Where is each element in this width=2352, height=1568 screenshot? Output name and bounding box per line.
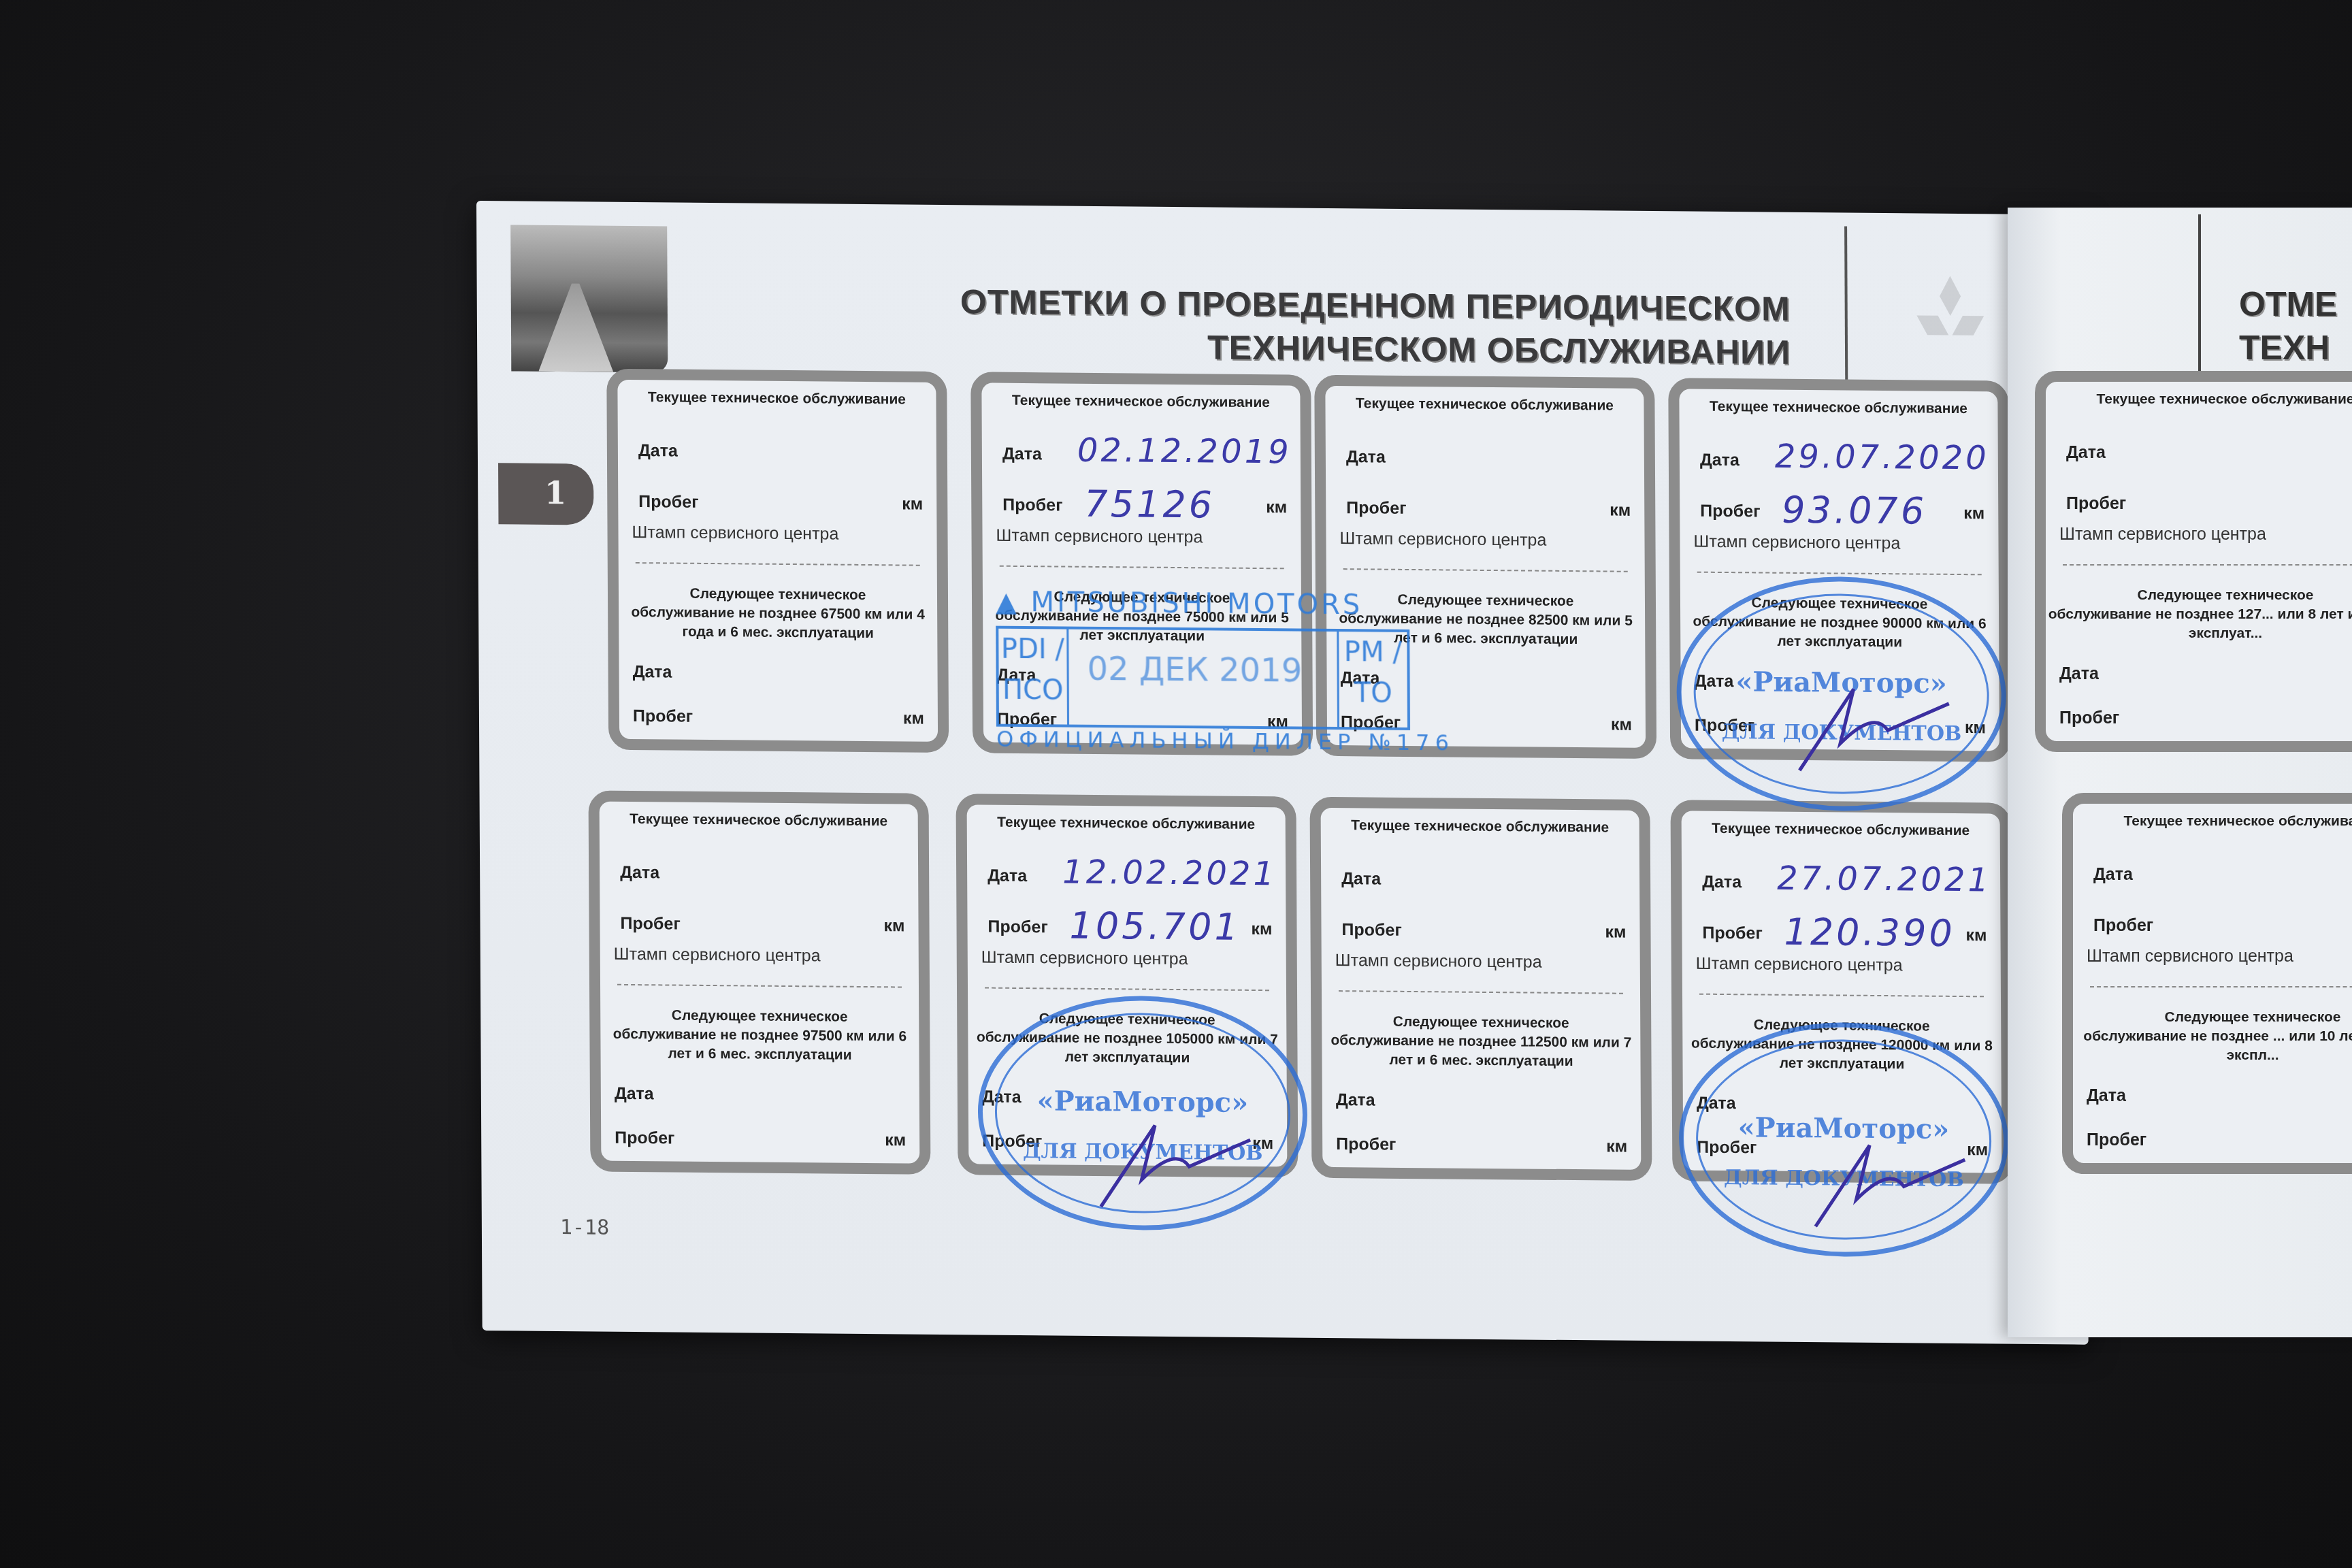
current-service-heading: Текущее техническое обслуживание — [2073, 812, 2352, 831]
mileage-label: Пробег — [1346, 498, 1406, 519]
km-unit: км — [1963, 504, 1984, 523]
mileage-label: Пробег — [1002, 495, 1062, 516]
next-service-limit: обслуживание не позднее 97500 км или 6 л… — [600, 1025, 919, 1066]
date-label: Дата — [638, 441, 678, 461]
stamp-line — [1699, 994, 1984, 998]
date-label: Дата — [1346, 447, 1386, 468]
km-unit: км — [1605, 922, 1626, 942]
date-label: Дата — [2066, 443, 2106, 463]
handwritten-mileage: 120.390 — [1784, 911, 1955, 955]
next-service-text: Следующее техническоеобслуживание не поз… — [600, 1006, 919, 1066]
service-stamp-label: Штамп сервисного центра — [2059, 525, 2266, 544]
next-service-heading: Следующее техническое — [2073, 1008, 2352, 1027]
dealer-stamp: ▲ MITSUBISHI MOTORSPDI / ПСО02 ДЕК 2019P… — [996, 587, 1362, 621]
next-service-limit: обслуживание не позднее 67500 км или 4 г… — [619, 603, 937, 644]
km-unit: км — [1611, 715, 1632, 735]
stamp-date: 02 ДЕК 2019 — [1087, 650, 1302, 690]
mileage-label: Пробег — [1700, 502, 1760, 522]
stamp-line — [1697, 572, 1982, 576]
highway-photo — [510, 225, 668, 372]
next-service-limit: обслуживание не позднее ... или 10 лет и… — [2073, 1027, 2352, 1065]
mileage-label: Пробег — [2066, 494, 2126, 514]
current-service-heading: Текущее техническое обслуживание — [617, 388, 936, 410]
dealer-brand: ▲ MITSUBISHI MOTORS — [996, 587, 1362, 621]
next-mileage-label: Пробег — [633, 706, 693, 727]
header-divider — [1844, 227, 1848, 383]
pdi-box: PDI / ПСО — [998, 629, 1069, 725]
next-service-text: Следующее техническоеобслуживание не поз… — [2046, 586, 2352, 643]
date-label: Дата — [1002, 444, 1042, 465]
mileage-label: Пробег — [638, 492, 698, 512]
service-record-card: Текущее техническое обслуживаниеДатаПроб… — [606, 369, 949, 753]
next-service-text: Следующее техническоеобслуживание не поз… — [1322, 1012, 1640, 1072]
header-divider — [2198, 214, 2201, 378]
signature-icon — [1792, 668, 1956, 779]
page-title: ОТМЕТКИ О ПРОВЕДЕННОМ ПЕРИОДИЧЕСКОМ ТЕХН… — [960, 280, 1791, 374]
mileage-label: Пробег — [1702, 924, 1762, 944]
handwritten-date: 29.07.2020 — [1775, 438, 1989, 478]
pm-box: PM / ТО — [1337, 632, 1407, 728]
stamp-line — [617, 984, 902, 988]
service-stamp-label: Штамп сервисного центра — [1335, 951, 1542, 973]
handwritten-mileage: 93.076 — [1782, 489, 1927, 533]
km-unit: км — [902, 494, 923, 514]
handwritten-mileage: 105.701 — [1069, 904, 1241, 949]
service-record-card: Текущее техническое обслуживаниеДатаПроб… — [589, 790, 931, 1174]
next-service-limit: обслуживание не позднее 112500 км или 7 … — [1322, 1031, 1640, 1072]
stamp-line — [1000, 566, 1284, 570]
next-service-heading: Следующее техническое — [1322, 1012, 1640, 1034]
current-service-heading: Текущее техническое обслуживание — [2046, 390, 2352, 409]
date-label: Дата — [1700, 451, 1739, 471]
stamp-line — [2063, 564, 2352, 566]
km-unit: км — [1606, 1137, 1627, 1157]
mileage-label: Пробег — [1341, 920, 1401, 941]
handwritten-date: 02.12.2019 — [1077, 431, 1292, 472]
service-stamp-label: Штамп сервисного центра — [996, 526, 1203, 548]
current-service-heading: Текущее техническое обслуживание — [1325, 394, 1644, 416]
service-stamp-label: Штамп сервисного центра — [1693, 532, 1900, 554]
date-label: Дата — [1341, 869, 1381, 889]
stamp-line — [985, 987, 1269, 992]
next-mileage-label: Пробег — [2087, 1130, 2146, 1150]
km-unit: км — [883, 916, 904, 936]
mitsubishi-logo-icon — [1906, 267, 1995, 363]
section-tab: 1 — [498, 463, 593, 525]
next-service-text: Следующее техническоеобслуживание не поз… — [2073, 1008, 2352, 1065]
signature-icon — [1808, 1124, 1972, 1235]
service-booklet-page: ОТМЕТКИ О ПРОВЕДЕННОМ ПЕРИОДИЧЕСКОМ ТЕХН… — [476, 201, 2089, 1345]
service-stamp-label: Штамп сервисного центра — [1696, 954, 1903, 976]
km-unit: км — [1965, 926, 1987, 945]
next-mileage-label: Пробег — [615, 1128, 674, 1149]
next-page-title: ОТМЕ ТЕХН — [2239, 282, 2337, 370]
signature-icon — [1094, 1105, 1258, 1215]
stamp-line — [1343, 568, 1628, 572]
next-mileage-label: Пробег — [2059, 708, 2119, 728]
stamp-line — [2090, 986, 2352, 987]
dealer-footer: ОФИЦИАЛЬНЫЙ ДИЛЕР №176 — [996, 726, 1454, 756]
current-service-heading: Текущее техническое обслуживание — [1682, 819, 2000, 840]
date-label: Дата — [620, 863, 659, 883]
service-stamp-label: Штамп сервисного центра — [614, 945, 821, 966]
next-service-heading: Следующее техническое — [619, 584, 937, 606]
current-service-heading: Текущее техническое обслуживание — [967, 813, 1286, 834]
service-record-card: Текущее техническое обслуживаниеДатаПроб… — [2062, 793, 2352, 1174]
mileage-label: Пробег — [987, 917, 1047, 938]
next-date-label: Дата — [2059, 664, 2099, 684]
next-date-label: Дата — [2087, 1086, 2126, 1106]
km-unit: км — [1251, 919, 1272, 939]
service-stamp-label: Штамп сервисного центра — [1339, 529, 1546, 551]
date-label: Дата — [1702, 872, 1742, 893]
mileage-label: Пробег — [620, 914, 680, 934]
km-unit: км — [1266, 497, 1287, 517]
service-stamp-label: Штамп сервисного центра — [632, 523, 838, 544]
mileage-label: Пробег — [2093, 916, 2153, 936]
page-number: 1-18 — [560, 1215, 609, 1240]
current-service-heading: Текущее техническое обслуживание — [1321, 816, 1639, 838]
service-stamp-label: Штамп сервисного центра — [2087, 947, 2293, 966]
service-stamp-label: Штамп сервисного центра — [981, 947, 1188, 969]
next-date-label: Дата — [615, 1084, 654, 1105]
date-label: Дата — [2093, 865, 2133, 885]
date-label: Дата — [987, 866, 1027, 887]
current-service-heading: Текущее техническое обслуживание — [1679, 397, 1997, 419]
service-record-card: Текущее техническое обслуживаниеДатаПроб… — [2035, 371, 2352, 752]
km-unit: км — [1610, 501, 1631, 521]
service-record-card: Текущее техническое обслуживаниеДатаПроб… — [1310, 797, 1652, 1181]
next-date-label: Дата — [633, 662, 672, 683]
handwritten-mileage: 75126 — [1084, 483, 1215, 527]
km-unit: км — [903, 708, 924, 728]
next-service-heading: Следующее техническое — [2046, 586, 2352, 605]
stamp-line — [1339, 990, 1623, 994]
stamp-line — [636, 562, 920, 566]
next-service-limit: обслуживание не позднее 127... или 8 лет… — [2046, 605, 2352, 643]
km-unit: км — [885, 1130, 906, 1150]
next-page: ОТМЕ ТЕХН Текущее техническое обслуживан… — [2008, 208, 2352, 1337]
next-service-heading: Следующее техническое — [1326, 590, 1645, 612]
current-service-heading: Текущее техническое обслуживание — [600, 810, 918, 832]
next-date-label: Дата — [1336, 1090, 1375, 1111]
handwritten-date: 27.07.2021 — [1777, 860, 1991, 900]
current-service-heading: Текущее техническое обслуживание — [981, 391, 1300, 412]
next-service-heading: Следующее техническое — [600, 1006, 919, 1028]
handwritten-date: 12.02.2021 — [1062, 853, 1277, 894]
dealer-stamp-box: PDI / ПСО02 ДЕК 2019PM / ТО — [996, 626, 1410, 730]
next-mileage-label: Пробег — [1336, 1134, 1396, 1155]
next-service-text: Следующее техническоеобслуживание не поз… — [619, 584, 937, 644]
